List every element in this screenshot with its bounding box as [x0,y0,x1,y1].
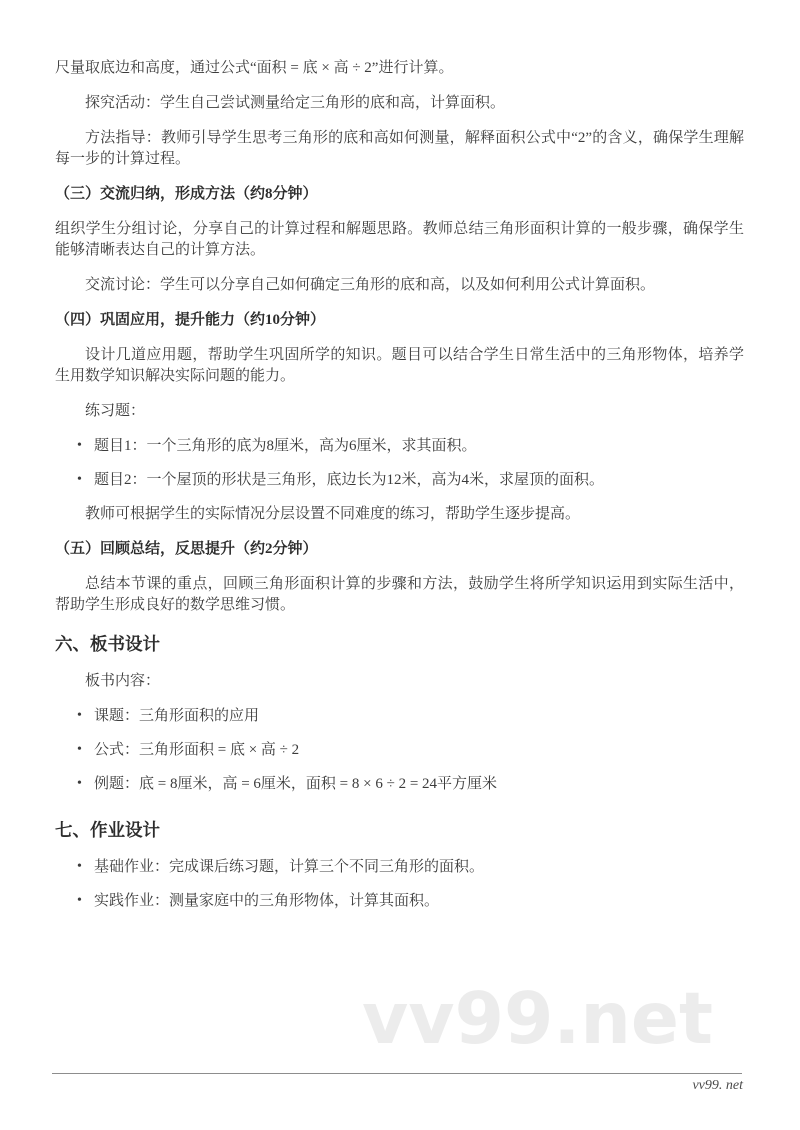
list-item-text: 公式：三角形面积 = 底 × 高 ÷ 2 [94,742,299,758]
bullet-list: •题目1：一个三角形的底为8厘米，高为6厘米，求其面积。•题目2：一个屋顶的形状… [55,436,744,491]
paragraph: 练习题： [55,401,744,422]
bullet-list: •课题：三角形面积的应用•公式：三角形面积 = 底 × 高 ÷ 2•例题：底 =… [55,706,744,795]
bullet-icon: • [77,773,82,794]
paragraph: 设计几道应用题，帮助学生巩固所学的知识。题目可以结合学生日常生活中的三角形物体，… [55,345,744,387]
list-item: •公式：三角形面积 = 底 × 高 ÷ 2 [94,740,744,761]
paragraph: 总结本节课的重点，回顾三角形面积计算的步骤和方法，鼓励学生将所学知识运用到实际生… [55,574,744,616]
section-heading: （四）巩固应用，提升能力（约10分钟） [55,310,744,331]
footer-divider [52,1073,742,1074]
document-page: 尺量取底边和高度，通过公式“面积 = 底 × 高 ÷ 2”进行计算。探究活动：学… [0,0,800,1130]
list-item-text: 题目1：一个三角形的底为8厘米，高为6厘米，求其面积。 [94,438,477,454]
paragraph: 交流讨论：学生可以分享自己如何确定三角形的底和高，以及如何利用公式计算面积。 [55,275,744,296]
chapter-heading: 七、作业设计 [55,818,744,842]
list-item: •课题：三角形面积的应用 [94,706,744,727]
list-item-text: 实践作业：测量家庭中的三角形物体，计算其面积。 [94,893,439,909]
list-item-text: 例题：底 = 8厘米，高 = 6厘米，面积 = 8 × 6 ÷ 2 = 24平方… [94,776,497,792]
list-item: •题目2：一个屋顶的形状是三角形，底边长为12米，高为4米，求屋顶的面积。 [94,470,744,491]
list-item: •实践作业：测量家庭中的三角形物体，计算其面积。 [94,891,744,912]
bullet-icon: • [77,890,82,911]
footer-site-text: vv99. net [692,1078,743,1094]
section-heading: （五）回顾总结，反思提升（约2分钟） [55,539,744,560]
paragraph: 组织学生分组讨论，分享自己的计算过程和解题思路。教师总结三角形面积计算的一般步骤… [55,219,744,261]
section-heading: （三）交流归纳，形成方法（约8分钟） [55,184,744,205]
paragraph: 教师可根据学生的实际情况分层设置不同难度的练习，帮助学生逐步提高。 [55,504,744,525]
list-item-text: 基础作业：完成课后练习题，计算三个不同三角形的面积。 [94,859,484,875]
paragraph: 探究活动：学生自己尝试测量给定三角形的底和高，计算面积。 [55,93,744,114]
bullet-icon: • [77,469,82,490]
bullet-icon: • [77,435,82,456]
document-body: 尺量取底边和高度，通过公式“面积 = 底 × 高 ÷ 2”进行计算。探究活动：学… [55,58,744,912]
list-item: •基础作业：完成课后练习题，计算三个不同三角形的面积。 [94,857,744,878]
list-item: •例题：底 = 8厘米，高 = 6厘米，面积 = 8 × 6 ÷ 2 = 24平… [94,774,744,795]
paragraph: 尺量取底边和高度，通过公式“面积 = 底 × 高 ÷ 2”进行计算。 [55,58,744,79]
bullet-icon: • [77,856,82,877]
paragraph: 板书内容： [55,671,744,692]
bullet-icon: • [77,739,82,760]
list-item-text: 题目2：一个屋顶的形状是三角形，底边长为12米，高为4米，求屋顶的面积。 [94,472,604,488]
list-item-text: 课题：三角形面积的应用 [94,708,259,724]
bullet-list: •基础作业：完成课后练习题，计算三个不同三角形的面积。•实践作业：测量家庭中的三… [55,857,744,912]
paragraph: 方法指导：教师引导学生思考三角形的底和高如何测量，解释面积公式中“2”的含义，确… [55,128,744,170]
list-item: •题目1：一个三角形的底为8厘米，高为6厘米，求其面积。 [94,436,744,457]
chapter-heading: 六、板书设计 [55,632,744,656]
bullet-icon: • [77,705,82,726]
